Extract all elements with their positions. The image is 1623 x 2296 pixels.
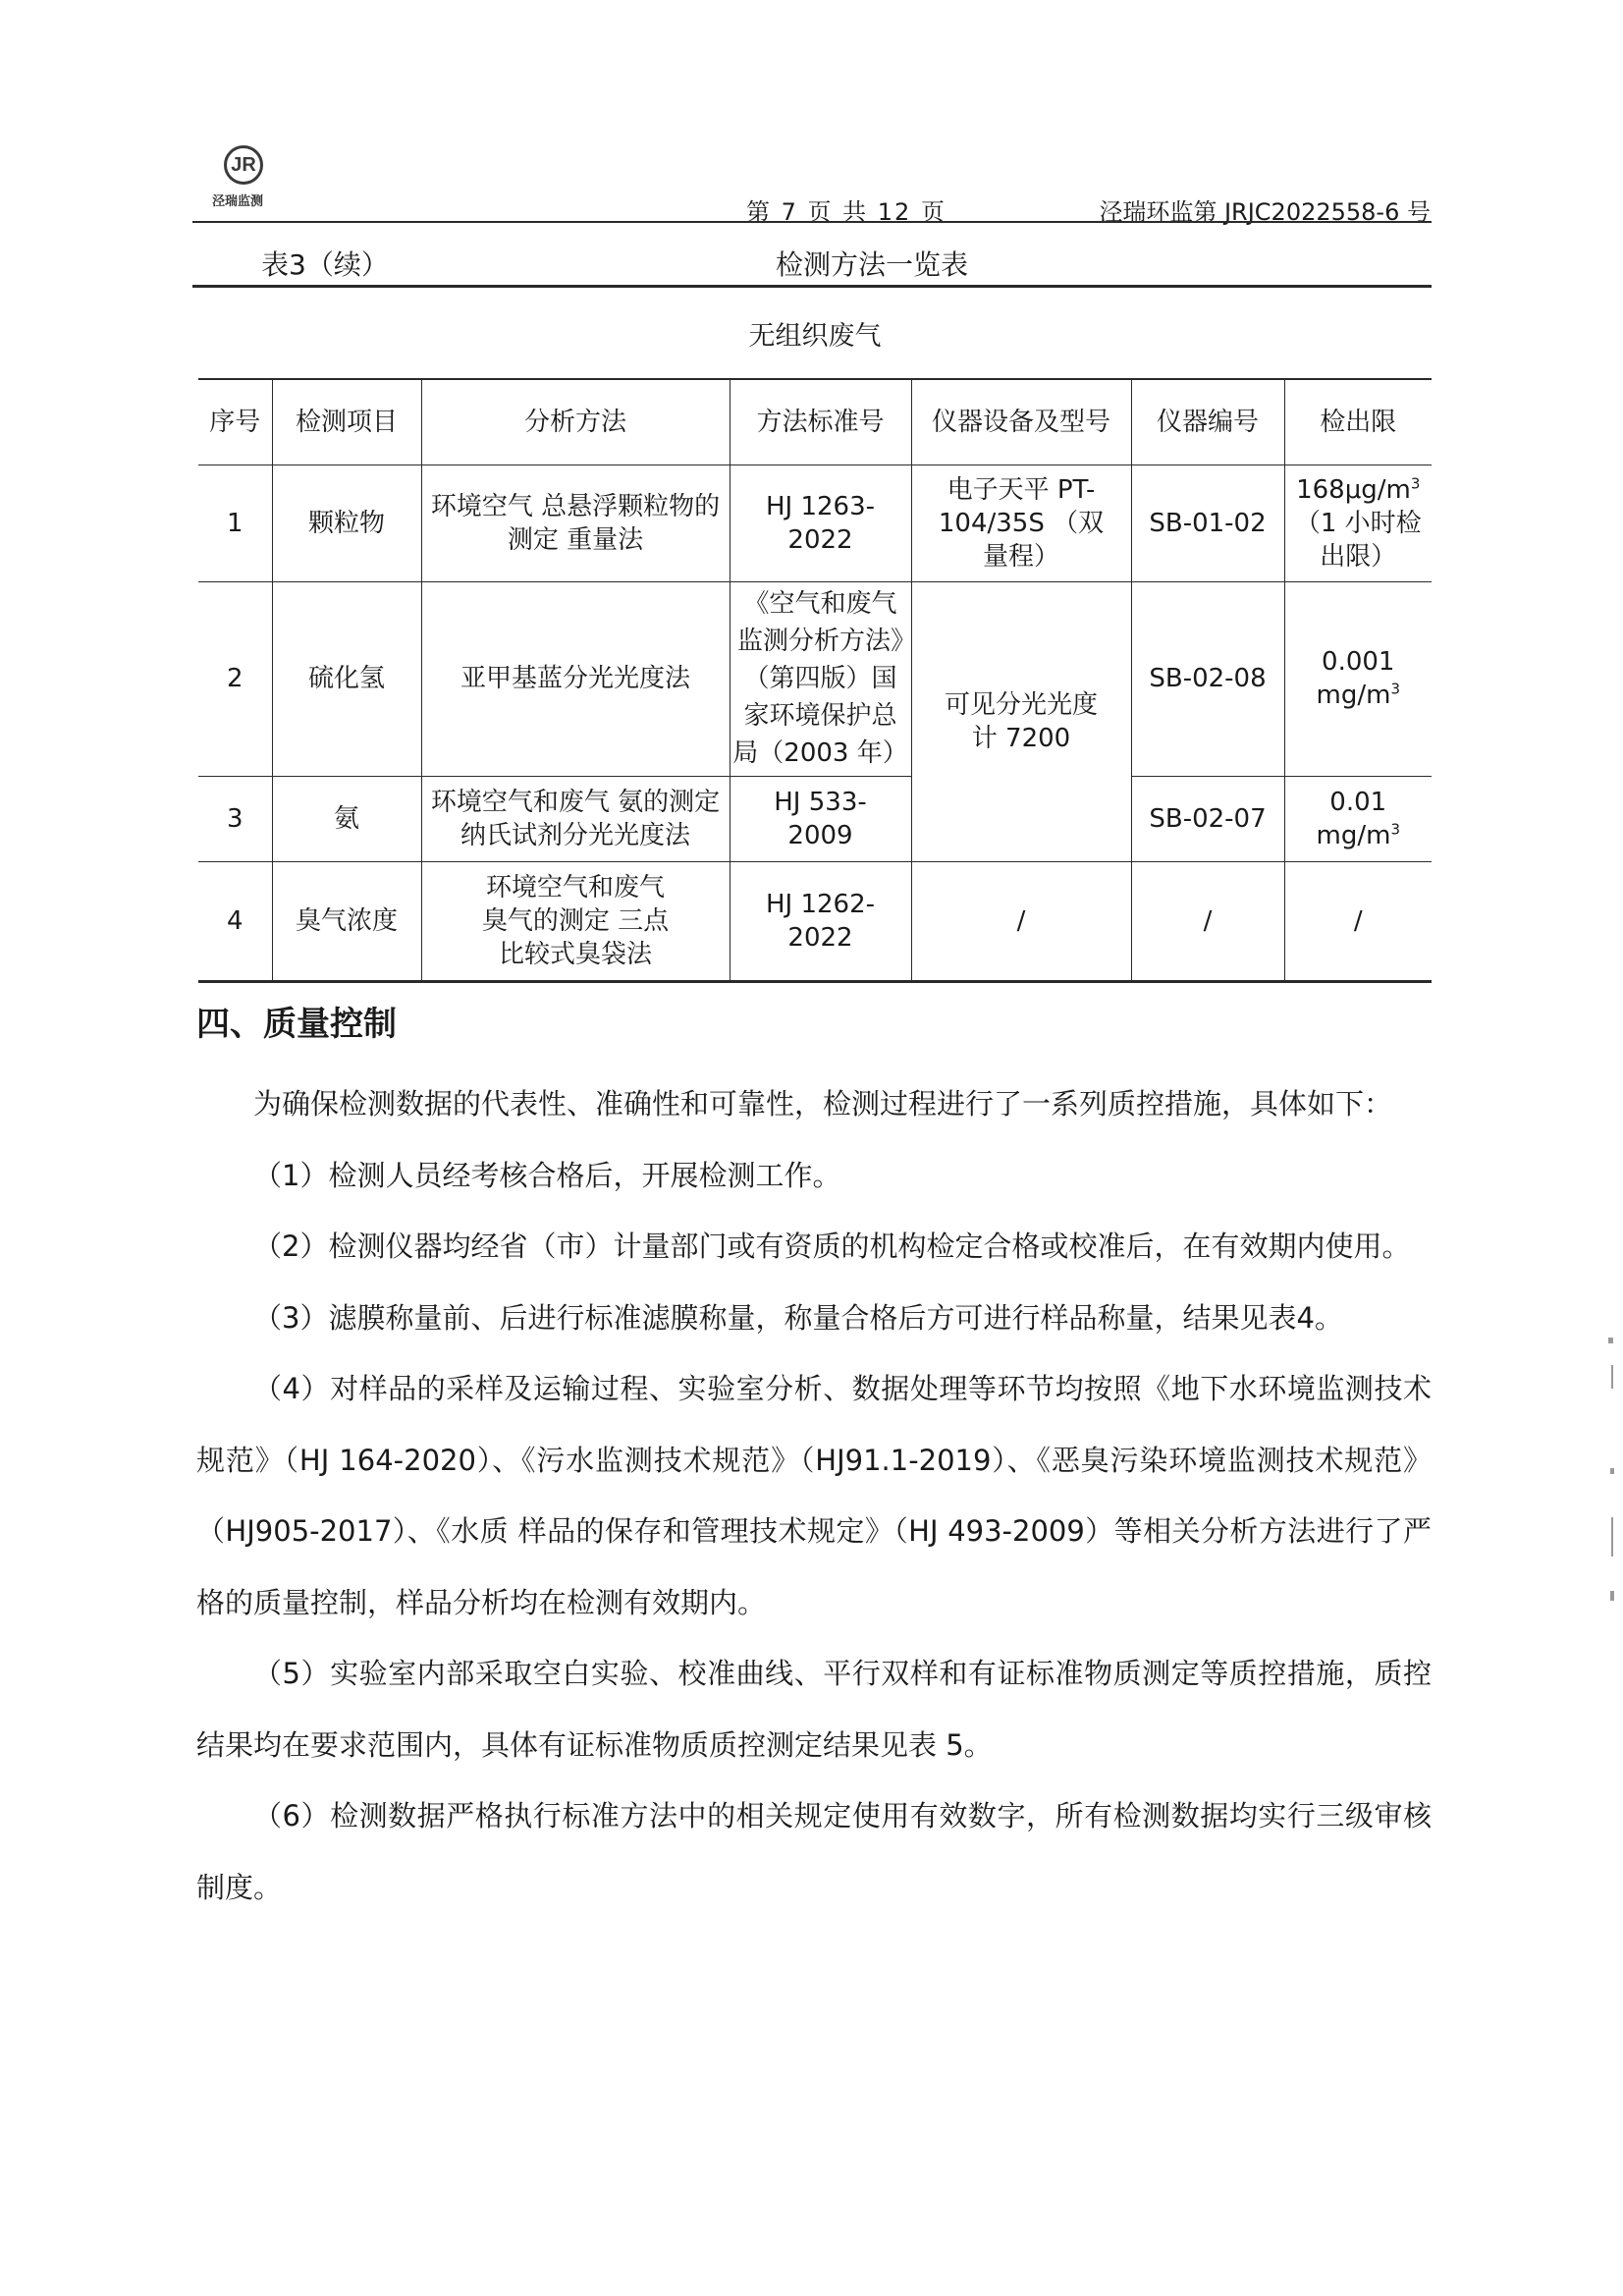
paragraph-item-4: （4）对样品的采样及运输过程、实验室分析、数据处理等环节均按照《地下水环境监测技… — [196, 1353, 1432, 1638]
table-header-row: 序号 检测项目 分析方法 方法标准号 仪器设备及型号 仪器编号 检出限 — [198, 379, 1432, 465]
company-logo: JR 泾瑞监测 — [212, 143, 271, 222]
col-header-limit: 检出限 — [1284, 379, 1432, 465]
col-header-instrument-id: 仪器编号 — [1131, 379, 1284, 465]
table-title: 检测方法一览表 — [776, 244, 968, 283]
cell-limit: 0.01 mg/m3 — [1284, 776, 1432, 861]
limit-unit: mg/m — [1317, 821, 1391, 850]
table-row: 3 氨 环境空气和废气 氨的测定 纳氏试剂分光光度法 HJ 533-2009 S… — [198, 776, 1432, 861]
limit-exponent: 3 — [1390, 680, 1400, 697]
col-header-item: 检测项目 — [272, 379, 421, 465]
header-divider — [192, 221, 1432, 223]
logo-text: 泾瑞监测 — [212, 191, 275, 209]
table-row: 2 硫化氢 亚甲基蓝分光光度法 《空气和废气监测分析方法》（第四版）国家环境保护… — [198, 581, 1432, 776]
caption-divider — [192, 285, 1432, 288]
cell-instrument-id: SB-01-02 — [1131, 465, 1284, 581]
cell-standard: 《空气和废气监测分析方法》（第四版）国家环境保护总局（2003 年） — [730, 581, 911, 776]
limit-exponent: 3 — [1411, 474, 1421, 492]
cell-no: 1 — [198, 465, 272, 581]
limit-value: 0.001 — [1322, 647, 1394, 677]
cell-item: 氨 — [272, 776, 421, 861]
table-row: 1 颗粒物 环境空气 总悬浮颗粒物的测定 重量法 HJ 1263-2022 电子… — [198, 465, 1432, 581]
limit-value: 0.01 — [1329, 788, 1386, 817]
scan-artifact — [1611, 1365, 1613, 1389]
cell-standard: HJ 533-2009 — [730, 776, 911, 861]
col-header-method: 分析方法 — [421, 379, 730, 465]
section-heading: 四、质量控制 — [196, 997, 397, 1045]
cell-item: 硫化氢 — [272, 581, 421, 776]
paragraph-item-6: （6）检测数据严格执行标准方法中的相关规定使用有效数字，所有检测数据均实行三级审… — [196, 1780, 1432, 1923]
scan-artifact — [1610, 1468, 1614, 1474]
paragraph-item-5: （5）实验室内部采取空白实验、校准曲线、平行双样和有证标准物质测定等质控措施，质… — [196, 1638, 1432, 1780]
cell-standard: HJ 1263-2022 — [730, 465, 911, 581]
cell-item: 颗粒物 — [272, 465, 421, 581]
cell-instrument-id: / — [1131, 861, 1284, 981]
cell-limit: / — [1284, 861, 1432, 981]
paragraph-item-1: （1）检测人员经考核合格后，开展检测工作。 — [196, 1140, 1432, 1212]
col-header-standard: 方法标准号 — [730, 379, 911, 465]
col-header-instrument: 仪器设备及型号 — [911, 379, 1131, 465]
cell-method: 亚甲基蓝分光光度法 — [421, 581, 730, 776]
cell-method: 环境空气和废气 臭气的测定 三点比较式臭袋法 — [421, 861, 730, 981]
cell-item: 臭气浓度 — [272, 861, 421, 981]
cell-instrument-id: SB-02-08 — [1131, 581, 1284, 776]
cell-no: 2 — [198, 581, 272, 776]
table-id: 表3（续） — [261, 244, 389, 283]
cell-instrument: 电子天平 PT-104/35S （双量程） — [911, 465, 1131, 581]
cell-instrument-id: SB-02-07 — [1131, 776, 1284, 861]
limit-unit: mg/m — [1317, 681, 1391, 710]
paragraph-item-3: （3）滤膜称量前、后进行标准滤膜称量，称量合格后方可进行样品称量，结果见表4。 — [196, 1283, 1432, 1354]
methods-table: 序号 检测项目 分析方法 方法标准号 仪器设备及型号 仪器编号 检出限 1 颗粒… — [198, 378, 1432, 983]
cell-no: 3 — [198, 776, 272, 861]
cell-standard: HJ 1262-2022 — [730, 861, 911, 981]
cell-instrument: 可见分光光度计 7200 — [911, 581, 1131, 861]
col-header-no: 序号 — [198, 379, 272, 465]
section-body: 为确保检测数据的代表性、准确性和可靠性，检测过程进行了一系列质控措施，具体如下：… — [196, 1068, 1432, 1923]
scan-artifact — [1611, 1517, 1613, 1557]
limit-note: （1 小时检出限） — [1295, 509, 1422, 572]
paragraph-item-2: （2）检测仪器均经省（市）计量部门或有资质的机构检定合格或校准后，在有效期内使用… — [196, 1211, 1432, 1283]
cell-no: 4 — [198, 861, 272, 981]
scan-artifact — [1608, 1338, 1613, 1343]
logo-emblem-icon: JR — [224, 145, 263, 185]
limit-exponent: 3 — [1390, 820, 1400, 838]
limit-value: 168μg/m — [1296, 475, 1411, 505]
table-category: 无组织废气 — [198, 314, 1432, 353]
paragraph-intro: 为确保检测数据的代表性、准确性和可靠性，检测过程进行了一系列质控措施，具体如下： — [196, 1068, 1432, 1140]
scan-artifact — [1610, 1591, 1614, 1601]
cell-limit: 0.001 mg/m3 — [1284, 581, 1432, 776]
cell-method: 环境空气和废气 氨的测定 纳氏试剂分光光度法 — [421, 776, 730, 861]
cell-limit: 168μg/m3 （1 小时检出限） — [1284, 465, 1432, 581]
cell-instrument: / — [911, 861, 1131, 981]
cell-method: 环境空气 总悬浮颗粒物的测定 重量法 — [421, 465, 730, 581]
table-row: 4 臭气浓度 环境空气和废气 臭气的测定 三点比较式臭袋法 HJ 1262-20… — [198, 861, 1432, 981]
